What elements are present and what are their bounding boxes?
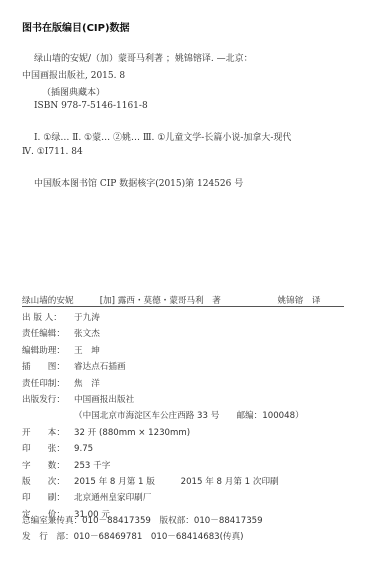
cip-heading: 图书在版编目(CIP)数据 [22,19,130,34]
book-author: [加] 露西・莫德・蒙哥马利 著 [100,294,275,306]
book-translator: 姚锦镕 译 [277,294,320,306]
cip-line-title: 绿山墙的安妮/（加）蒙哥马利著 ；姚锦镕译. —北京： [34,51,253,64]
cip-number: 中国版本图书馆 CIP 数据核字(2015)第 124526 号 [34,176,243,189]
credit-row: 出 版 人：于九涛 [22,310,304,326]
credit-row: 责任编辑：张文杰 [22,326,304,342]
credit-row: 字 数：253 千字 [22,458,304,474]
credit-row: 印 刷：北京通州皇家印刷厂 [22,490,304,506]
cip-line-publisher: 中国画报出版社, 2015. 8 [22,68,125,81]
credits-list: 出 版 人：于九涛 责任编辑：张文杰 编辑助理：王 坤 插 图：睿达点石插画 责… [22,310,304,523]
credit-row: （中国北京市海淀区车公庄西路 33 号 邮编：100048） [22,408,304,424]
credit-row: 编辑助理：王 坤 [22,343,304,359]
cip-isbn: ISBN 978-7-5146-1161-8 [34,101,148,111]
book-title: 绿山墙的安妮 [22,294,97,306]
contact-line-2: 发 行 部：010－68469781 010－68414683(传真) [22,530,244,542]
credit-row: 责任印制：焦 洋 [22,376,304,392]
contact-line-1: 总编室兼传真：010－88417359 版权部：010－88417359 [22,514,263,526]
cip-classification-1: Ⅰ. ①绿… Ⅱ. ①蒙… ②姚… Ⅲ. ①儿童文学-长篇小说-加拿大-现代 [34,130,291,143]
credit-row: 开 本：32 开 (880mm × 1230mm) [22,425,304,441]
credit-row: 出版发行：中国画报出版社 [22,392,304,408]
credit-row: 版 次：2015 年 8 月第 1 版 2015 年 8 月第 1 次印刷 [22,474,304,490]
credit-row: 插 图：睿达点石插画 [22,359,304,375]
cip-line-series: （插图典藏本） [42,85,105,98]
book-title-row: 绿山墙的安妮 [加] 露西・莫德・蒙哥马利 著 姚锦镕 译 [22,294,344,306]
title-divider [22,306,344,307]
credit-row: 印 张：9.75 [22,441,304,457]
cip-classification-2: Ⅳ. ①I711. 84 [22,147,83,157]
